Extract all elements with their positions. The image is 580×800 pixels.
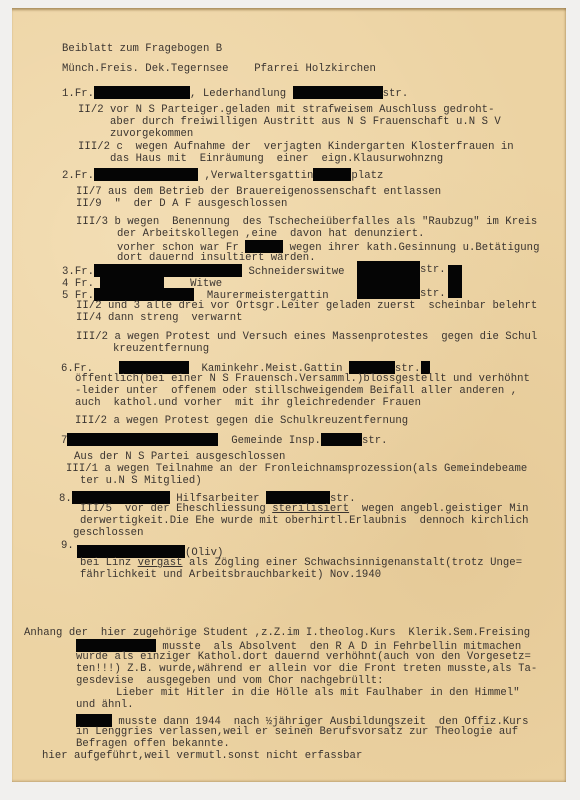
entry-line: III/1 a wegen Teilnahme an der Fronleich… bbox=[66, 463, 527, 475]
text: III/5 vor der Eheschliessung bbox=[80, 503, 272, 515]
underlined-text: vergast bbox=[138, 557, 183, 569]
occupation: ,Verwaltersgattin bbox=[204, 170, 313, 182]
street: str. bbox=[362, 435, 388, 447]
appendix-line: wurde als einziger Kathol.dort dauernd v… bbox=[76, 651, 531, 663]
entry-line: geschlossen bbox=[73, 527, 143, 539]
redaction bbox=[94, 86, 190, 99]
appendix-line: ten!!!) Z.B. wurde,während er allein vor… bbox=[76, 663, 537, 675]
entry-line: II/2 und 3 alle drei vor Ortsgr.Leiter g… bbox=[76, 300, 537, 312]
appendix-line: hier aufgeführt,weil vermutl.sonst nicht… bbox=[42, 750, 362, 762]
entry-line: III/5 vor der Eheschliessung sterilisier… bbox=[80, 503, 529, 515]
entry-line: zuvorgekommen bbox=[110, 128, 193, 140]
entry-line: II/2 vor N S Parteiger.geladen mit straf… bbox=[78, 104, 494, 116]
entry-line: derwertigkeit.Die Ehe wurde mit oberhirt… bbox=[80, 515, 529, 527]
redaction bbox=[448, 265, 462, 298]
entry-number: 1.Fr. bbox=[62, 88, 94, 100]
street: str. bbox=[420, 288, 446, 300]
entry-line: öffentlich(bei einer N S Frauensch.Versa… bbox=[75, 373, 530, 385]
text: wegen ihrer kath.Gesinnung u.Betätigung bbox=[290, 242, 540, 254]
entry-9-number: 9. bbox=[61, 540, 74, 552]
entry-line: II/7 aus dem Betrieb der Brauereigenosse… bbox=[76, 186, 441, 198]
underlined-text: sterilisiert bbox=[272, 503, 349, 515]
entry-line: fährlichkeit und Arbeitsbrauchbarkeit) N… bbox=[80, 569, 381, 581]
entry-line: ter u.N S Mitglied) bbox=[80, 475, 202, 487]
redaction bbox=[67, 433, 218, 446]
appendix-line: gesdevise ausgegeben und vom Chor nachge… bbox=[76, 675, 384, 687]
entry-line: kreuzentfernung bbox=[113, 343, 209, 355]
entry-line: III/3 b wegen Benennung des Tschecheiübe… bbox=[76, 216, 537, 228]
entry-line: Aus der N S Partei ausgeschlossen bbox=[74, 451, 285, 463]
entry-line: III/2 a wegen Protest gegen die Schulkre… bbox=[75, 415, 408, 427]
street: platz bbox=[351, 170, 383, 182]
text: als Zögling einer Schwachsinnigenanstalt… bbox=[183, 557, 523, 569]
entry-line: der Arbeitskollegen ,eine davon hat denu… bbox=[117, 228, 425, 240]
occupation: Gemeinde Insp. bbox=[231, 435, 321, 447]
entry-line: bei Linz vergast als Zögling einer Schwa… bbox=[80, 557, 522, 569]
entry-line: dort dauernd insultiert wärden. bbox=[117, 252, 316, 264]
entry-line: II/9 " der D A F ausgeschlossen bbox=[76, 198, 287, 210]
text: bei Linz bbox=[80, 557, 138, 569]
redaction bbox=[321, 433, 362, 446]
street: str. bbox=[383, 88, 409, 100]
appendix-line: Anhang der hier zugehörige Student ,z.Z.… bbox=[24, 627, 530, 639]
entry-line: auch kathol.und vorher mit ihr gleichred… bbox=[75, 397, 421, 409]
document-title: Beiblatt zum Fragebogen B bbox=[62, 43, 222, 55]
entry-number: 8. bbox=[59, 493, 72, 505]
entry-line: III/2 a wegen Protest und Versuch eines … bbox=[76, 331, 537, 343]
redaction bbox=[313, 168, 351, 181]
entry-line: aber durch freiwilligen Austritt aus N S… bbox=[110, 116, 501, 128]
entry-line: III/2 c wegen Aufnahme der verjagten Kin… bbox=[78, 141, 514, 153]
appendix-line: Befragen offen bekannte. bbox=[76, 738, 230, 750]
appendix-line: Lieber mit Hitler in die Hölle als mit F… bbox=[116, 687, 520, 699]
occupation: Lederhandlung bbox=[203, 88, 286, 100]
entry-2-header: 2.Fr. ,Verwaltersgattinplatz bbox=[62, 168, 383, 182]
entry-line: das Haus mit Einräumung einer eign.Klaus… bbox=[110, 153, 443, 165]
entry-line: II/4 dann streng verwarnt bbox=[76, 312, 243, 324]
entry-number: 2.Fr. bbox=[62, 170, 94, 182]
redaction bbox=[293, 86, 383, 99]
text: , bbox=[190, 88, 203, 100]
redaction bbox=[94, 168, 198, 181]
entry-line: -leider unter offenem oder stillschweige… bbox=[75, 385, 517, 397]
appendix-line: in Lenggries verlassen,weil er seinen Be… bbox=[76, 726, 518, 738]
text: wegen angebl.geistiger Min bbox=[349, 503, 528, 515]
redaction bbox=[357, 261, 420, 299]
occupation: Schneiderswitwe bbox=[248, 266, 344, 278]
street: str. bbox=[420, 264, 446, 276]
entry-7-header: 7 Gemeinde Insp.str. bbox=[61, 433, 388, 447]
appendix-line: und ähnl. bbox=[76, 699, 134, 711]
entry-1-header: 1.Fr., Lederhandlung str. bbox=[62, 86, 408, 100]
header-line: Münch.Freis. Dek.Tegernsee Pfarrei Holzk… bbox=[62, 63, 376, 75]
